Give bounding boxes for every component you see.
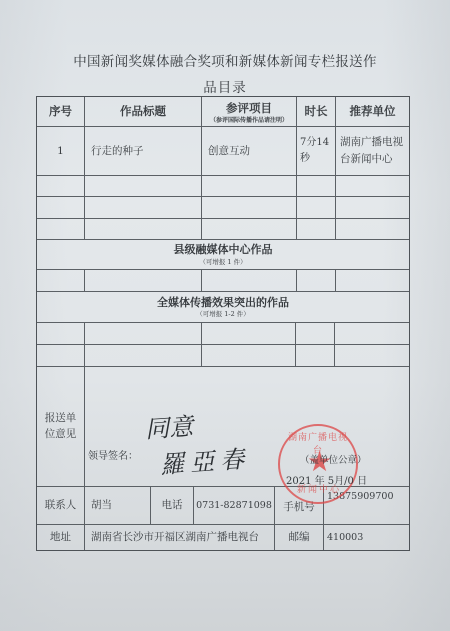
allmedia-row2-index — [37, 345, 85, 367]
row4-category — [202, 219, 297, 240]
section-allmedia-header: 全媒体传播效果突出的作品 （可增报 1-2 件） — [37, 292, 409, 323]
row1-category: 创意互动 — [202, 127, 297, 176]
section-county-note: （可增报 1 件） — [199, 259, 246, 267]
row4-duration — [297, 219, 336, 240]
handwritten-signature: 羅亞春 — [159, 439, 251, 480]
row1-work-title: 行走的种子 — [85, 127, 202, 176]
phone-label: 电话 — [151, 487, 194, 525]
address-value: 湖南省长沙市开福区湖南广播电视台 — [85, 525, 275, 550]
header-duration: 时长 — [297, 97, 336, 127]
county-row-duration — [297, 270, 336, 292]
allmedia-row2-category — [202, 345, 296, 367]
row4-work-title — [85, 219, 202, 240]
row4-recommender — [336, 219, 409, 240]
row4-index — [37, 219, 85, 240]
header-recommender: 推荐单位 — [336, 97, 409, 127]
section-county-header: 县级融媒体中心作品 （可增报 1 件） — [37, 240, 409, 270]
allmedia-row2-work-title — [85, 345, 202, 367]
row1-duration: 7分14秒 — [297, 127, 336, 176]
header-index: 序号 — [37, 97, 85, 127]
row3-index — [37, 197, 85, 219]
row3-duration — [297, 197, 336, 219]
row2-duration — [297, 176, 336, 197]
section-county-title: 县级融媒体中心作品 — [174, 242, 273, 259]
row2-category — [202, 176, 297, 197]
section-allmedia-title: 全媒体传播效果突出的作品 — [157, 295, 289, 312]
handwritten-opinion: 同意 — [144, 406, 194, 444]
opinion-date: 2021 年 5月/0 日 — [286, 472, 367, 487]
county-row-index — [37, 270, 85, 292]
row3-category — [202, 197, 297, 219]
row3-work-title — [85, 197, 202, 219]
header-category: 参评项目 （参评国际传播作品请注明） — [202, 97, 297, 127]
postcode-label: 邮编 — [275, 525, 324, 550]
allmedia-row1-recommender — [335, 323, 409, 345]
document-title-line1: 中国新闻奖媒体融合奖项和新媒体新闻专栏报送作 — [0, 50, 450, 70]
header-category-label: 参评项目 — [226, 99, 272, 117]
header-work-title: 作品标题 — [85, 97, 202, 127]
row2-recommender — [336, 176, 409, 197]
allmedia-row1-work-title — [85, 323, 202, 345]
row2-work-title — [85, 176, 202, 197]
opinion-label: 报送单位意见 — [37, 367, 85, 487]
row1-index: 1 — [37, 127, 85, 176]
allmedia-row1-category — [202, 323, 296, 345]
allmedia-row2-recommender — [335, 345, 409, 367]
section-allmedia-note: （可增报 1-2 件） — [196, 311, 250, 319]
allmedia-row1-index — [37, 323, 85, 345]
row1-recommender: 湖南广播电视台新闻中心 — [336, 127, 409, 176]
postcode-value: 410003 — [324, 525, 409, 550]
phone-value: 0731-82871098 — [194, 487, 275, 525]
county-row-recommender — [336, 270, 409, 292]
allmedia-row2-duration — [296, 345, 335, 367]
leader-signature-label: 领导签名： — [88, 447, 138, 462]
address-label: 地址 — [37, 525, 85, 550]
contact-value: 胡当 — [85, 487, 151, 525]
header-category-note: （参评国际传播作品请注明） — [210, 117, 288, 124]
document-title-line2: 品目录 — [0, 76, 450, 96]
stamp-instruction: （盖单位公章） — [300, 452, 367, 466]
row3-recommender — [336, 197, 409, 219]
county-row-category — [202, 270, 297, 292]
contact-label: 联系人 — [37, 487, 85, 525]
row2-index — [37, 176, 85, 197]
allmedia-row1-duration — [296, 323, 335, 345]
county-row-work-title — [85, 270, 202, 292]
